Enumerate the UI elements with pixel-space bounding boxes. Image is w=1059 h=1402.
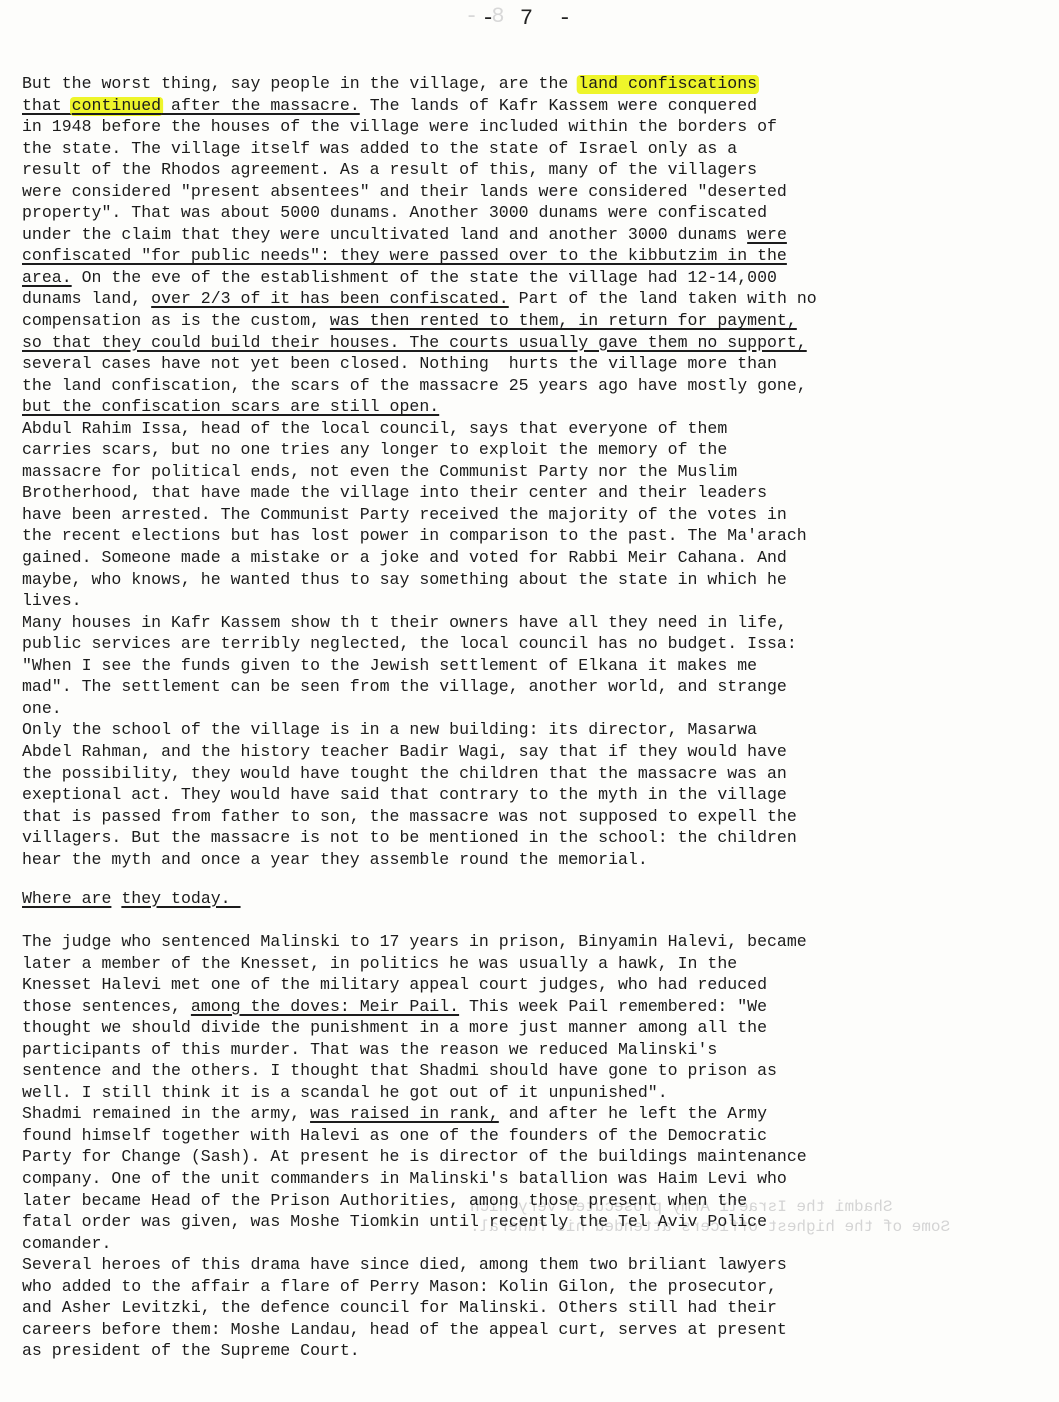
- text-line: as president of the Supreme Court.: [22, 1341, 1031, 1363]
- text-run: were considered "present absentees" and …: [22, 183, 787, 202]
- text-run: Abdel Rahman, and the history teacher Ba…: [22, 743, 787, 762]
- text-line: mad". The settlement can be seen from th…: [22, 677, 1031, 699]
- text-run: hear the myth and once a year they assem…: [22, 851, 648, 870]
- text-line: found himself together with Halevi as on…: [22, 1126, 1031, 1148]
- text-run: the state. The village itself was added …: [22, 140, 737, 159]
- text-run: villagers. But the massacre is not to be…: [22, 829, 797, 848]
- text-run: those sentences,: [22, 998, 191, 1017]
- text-line: public services are terribly neglected, …: [22, 634, 1031, 656]
- text-line: The judge who sentenced Malinski to 17 y…: [22, 932, 1031, 954]
- text-run: several cases have not yet been closed. …: [22, 355, 777, 374]
- underlined-text: but the confiscation scars are still ope…: [22, 398, 439, 417]
- text-line: Many houses in Kafr Kassem show th t the…: [22, 613, 1031, 635]
- highlighted-text: land confiscations: [576, 75, 759, 94]
- underlined-text: was then rented to them, in return for p…: [330, 312, 797, 331]
- text-line: fatal order was given, was Moshe Tiomkin…: [22, 1212, 1031, 1234]
- text-run: gained. Someone made a mistake or a joke…: [22, 549, 787, 568]
- text-line: Several heroes of this drama have since …: [22, 1255, 1031, 1277]
- text-line: gained. Someone made a mistake or a joke…: [22, 548, 1031, 570]
- underlined-text: over 2/3 of it has been confiscated.: [151, 290, 509, 309]
- text-run: comander.: [22, 1235, 111, 1254]
- text-line: thought we should divide the punishment …: [22, 1018, 1031, 1040]
- text-line: were considered "present absentees" and …: [22, 182, 1031, 204]
- text-line: participants of this murder. That was th…: [22, 1040, 1031, 1062]
- text-line: careers before them: Moshe Landau, head …: [22, 1320, 1031, 1342]
- text-run: maybe, who knows, he wanted thus to say …: [22, 571, 787, 590]
- text-line: company. One of the unit commanders in M…: [22, 1169, 1031, 1191]
- text-line: so that they could build their houses. T…: [22, 333, 1031, 355]
- text-run: have been arrested. The Communist Party …: [22, 506, 787, 525]
- text-run: This week Pail remembered: "We: [459, 998, 767, 1017]
- text-run: property". That was about 5000 dunams. A…: [22, 204, 767, 223]
- text-line: the possibility, they would have tought …: [22, 764, 1031, 786]
- text-run: the possibility, they would have tought …: [22, 765, 787, 784]
- text-run: participants of this murder. That was th…: [22, 1041, 717, 1060]
- underlined-text: they today.: [121, 890, 240, 909]
- text-run: Party for Change (Sash). At present he i…: [22, 1148, 807, 1167]
- text-line: Shadmi remained in the army, was raised …: [22, 1104, 1031, 1126]
- text-run: public services are terribly neglected, …: [22, 635, 797, 654]
- text-run: and after he left the Army: [499, 1105, 767, 1124]
- text-run: who added to the affair a flare of Perry…: [22, 1278, 777, 1297]
- text-line: Only the school of the village is in a n…: [22, 720, 1031, 742]
- text-run: On the eve of the establishment of the s…: [72, 269, 777, 288]
- underlined-text: after the massacre.: [161, 97, 360, 116]
- text-run: under the claim that they were uncultiva…: [22, 226, 747, 245]
- text-line: and Asher Levitzki, the defence council …: [22, 1298, 1031, 1320]
- text-run: massacre for political ends, not even th…: [22, 463, 737, 482]
- text-line: Knesset Halevi met one of the military a…: [22, 975, 1031, 997]
- text-line: hear the myth and once a year they assem…: [22, 850, 1031, 872]
- text-run: exeptional act. They would have said tha…: [22, 786, 787, 805]
- text-line: compensation as is the custom, was then …: [22, 311, 1031, 333]
- text-line: Brotherhood, that have made the village …: [22, 483, 1031, 505]
- text-line: Abdel Rahman, and the history teacher Ba…: [22, 742, 1031, 764]
- text-run: as president of the Supreme Court.: [22, 1342, 360, 1361]
- text-line: but the confiscation scars are still ope…: [22, 397, 1031, 419]
- text-run: result of the Rhodos agreement. As a res…: [22, 161, 757, 180]
- text-line: that continued after the massacre. The l…: [22, 96, 1031, 118]
- text-run: thought we should divide the punishment …: [22, 1019, 767, 1038]
- text-line: maybe, who knows, he wanted thus to say …: [22, 570, 1031, 592]
- text-line: exeptional act. They would have said tha…: [22, 785, 1031, 807]
- text-line: well. I still think it is a scandal he g…: [22, 1083, 1031, 1105]
- underlined-text: so that they could build their houses. T…: [22, 334, 807, 353]
- text-line: lives.: [22, 591, 1031, 613]
- text-run: fatal order was given, was Moshe Tiomkin…: [22, 1213, 767, 1232]
- text-line: confiscated "for public needs": they wer…: [22, 246, 1031, 268]
- text-run: dunams land,: [22, 290, 151, 309]
- text-run: one.: [22, 700, 62, 719]
- text-run: lives.: [22, 592, 82, 611]
- text-line: have been arrested. The Communist Party …: [22, 505, 1031, 527]
- text-run: Shadmi remained in the army,: [22, 1105, 310, 1124]
- text-line: result of the Rhodos agreement. As a res…: [22, 160, 1031, 182]
- text-run: compensation as is the custom,: [22, 312, 330, 331]
- text-run: [111, 890, 121, 909]
- text-line: sentence and the others. I thought that …: [22, 1061, 1031, 1083]
- page-number: - 7 -: [0, 6, 1059, 31]
- text-run: mad". The settlement can be seen from th…: [22, 678, 787, 697]
- underlined-text: among the doves: Meir Pail.: [191, 998, 459, 1017]
- text-line: later became Head of the Prison Authorit…: [22, 1191, 1031, 1213]
- text-line: that is passed from father to son, the m…: [22, 807, 1031, 829]
- text-run: later became Head of the Prison Authorit…: [22, 1192, 747, 1211]
- text-run: The lands of Kafr Kassem were conquered: [360, 97, 757, 116]
- text-run: careers before them: Moshe Landau, head …: [22, 1321, 787, 1340]
- text-run: But the worst thing, say people in the v…: [22, 75, 578, 94]
- text-run: in 1948 before the houses of the village…: [22, 118, 777, 137]
- text-run: that is passed from father to son, the m…: [22, 808, 797, 827]
- text-line: villagers. But the massacre is not to be…: [22, 828, 1031, 850]
- text-run: the land confiscation, the scars of the …: [22, 377, 807, 396]
- underlined-text: Where are: [22, 890, 111, 909]
- text-line: several cases have not yet been closed. …: [22, 354, 1031, 376]
- text-line: dunams land, over 2/3 of it has been con…: [22, 289, 1031, 311]
- underlined-text: confiscated "for public needs": they wer…: [22, 247, 787, 266]
- text-run: Many houses in Kafr Kassem show th t the…: [22, 614, 787, 633]
- text-run: The judge who sentenced Malinski to 17 y…: [22, 933, 807, 952]
- text-run: later a member of the Knesset, in politi…: [22, 955, 737, 974]
- text-line: later a member of the Knesset, in politi…: [22, 954, 1031, 976]
- text-run: Only the school of the village is in a n…: [22, 721, 757, 740]
- text-line: who added to the affair a flare of Perry…: [22, 1277, 1031, 1299]
- text-line: Party for Change (Sash). At present he i…: [22, 1147, 1031, 1169]
- body-section-where-are-they: The judge who sentenced Malinski to 17 y…: [22, 932, 1052, 1363]
- text-run: Part of the land taken with no: [509, 290, 817, 309]
- text-line: Abdul Rahim Issa, head of the local coun…: [22, 419, 1031, 441]
- text-run: company. One of the unit commanders in M…: [22, 1170, 787, 1189]
- text-run: "When I see the funds given to the Jewis…: [22, 657, 757, 676]
- text-line: comander.: [22, 1234, 1031, 1256]
- text-line: the land confiscation, the scars of the …: [22, 376, 1031, 398]
- text-run: sentence and the others. I thought that …: [22, 1062, 777, 1081]
- body-section-land-confiscation: But the worst thing, say people in the v…: [22, 74, 1052, 871]
- text-line: area. On the eve of the establishment of…: [22, 268, 1031, 290]
- text-line: But the worst thing, say people in the v…: [22, 74, 1031, 96]
- text-run: the recent elections but has lost power …: [22, 527, 807, 546]
- underlined-text: were: [747, 226, 787, 245]
- text-line: "When I see the funds given to the Jewis…: [22, 656, 1031, 678]
- text-line: massacre for political ends, not even th…: [22, 462, 1031, 484]
- text-line: under the claim that they were uncultiva…: [22, 225, 1031, 247]
- underlined-text: that: [22, 97, 72, 116]
- text-run: Brotherhood, that have made the village …: [22, 484, 767, 503]
- text-line: the recent elections but has lost power …: [22, 526, 1031, 548]
- heading-where-are-they-today: Where are they today.: [22, 889, 1031, 911]
- text-run: well. I still think it is a scandal he g…: [22, 1084, 668, 1103]
- underlined-text: area.: [22, 269, 72, 288]
- text-line: in 1948 before the houses of the village…: [22, 117, 1031, 139]
- text-line: property". That was about 5000 dunams. A…: [22, 203, 1031, 225]
- text-run: and Asher Levitzki, the defence council …: [22, 1299, 777, 1318]
- text-line: the state. The village itself was added …: [22, 139, 1031, 161]
- highlighted-text: continued: [70, 97, 163, 116]
- text-run: Several heroes of this drama have since …: [22, 1256, 787, 1275]
- underlined-text: was raised in rank,: [310, 1105, 499, 1124]
- text-line: those sentences, among the doves: Meir P…: [22, 997, 1031, 1019]
- text-run: found himself together with Halevi as on…: [22, 1127, 767, 1146]
- text-line: one.: [22, 699, 1031, 721]
- text-run: Abdul Rahim Issa, head of the local coun…: [22, 420, 727, 439]
- text-run: Knesset Halevi met one of the military a…: [22, 976, 767, 995]
- text-line: carries scars, but no one tries any long…: [22, 440, 1031, 462]
- text-run: carries scars, but no one tries any long…: [22, 441, 727, 460]
- section-heading: Where are they today.: [22, 889, 1052, 911]
